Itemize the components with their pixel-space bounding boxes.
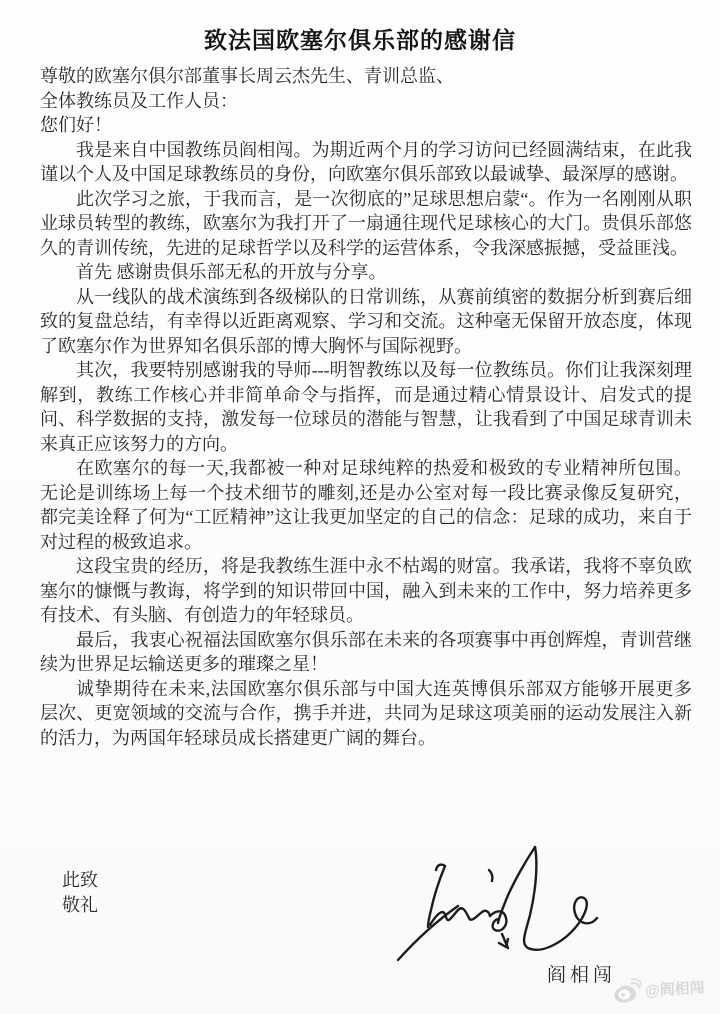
letter-page: 致法国欧塞尔俱乐部的感谢信 尊敬的欧塞尔俱尔部董事长周云杰先生、青训总监、 全体…	[0, 0, 720, 1014]
handwritten-signature	[378, 828, 608, 968]
letter-paragraph: 诚挚期待在未来,法国欧塞尔俱乐部与中国大连英博俱乐部双方能够开展更多层次、更宽领…	[40, 677, 692, 751]
letter-title: 致法国欧塞尔俱乐部的感谢信	[0, 22, 720, 55]
salutation-line: 全体教练员及工作人员：	[40, 89, 692, 114]
letter-paragraph: 其次，我要特别感谢我的导师---明智教练以及每一位教练员。你们让我深刻理解到，教…	[40, 358, 692, 456]
letter-paragraph: 我是来自中国教练员阎相闯。为期近两个月的学习访问已经圆满结束，在此我谨以个人及中…	[40, 138, 692, 187]
closing-jingli: 敬礼	[62, 893, 98, 918]
letter-paragraph: 这段宝贵的经历，将是我教练生涯中永不枯竭的财富。我承诺，我将不辜负欧塞尔的慷慨与…	[40, 554, 692, 628]
signature-name: 阎相闯	[547, 960, 616, 987]
letter-paragraph: 此次学习之旅，于我而言，是一次彻底的”足球思想启蒙“。作为一名刚刚从职业球员转型…	[40, 187, 692, 261]
letter-paragraph: 在欧塞尔的每一天,我都被一种对足球纯粹的热爱和极致的专业精神所包围。无论是训练场…	[40, 456, 692, 554]
salutation-line: 尊敬的欧塞尔俱尔部董事长周云杰先生、青训总监、	[40, 64, 692, 89]
letter-paragraph: 从一线队的战术演练到各级梯队的日常训练，从赛前缜密的数据分析到赛后细致的复盘总结…	[40, 285, 692, 359]
letter-paragraph: 首先 感谢贵俱乐部无私的开放与分享。	[40, 260, 692, 285]
watermark-handle: @阎相闯	[644, 976, 705, 1000]
weibo-watermark: @阎相闯	[611, 974, 705, 1005]
salutation-line: 您们好！	[40, 113, 692, 138]
closing-cizhi: 此致	[62, 868, 98, 893]
letter-paragraph: 最后，我衷心祝福法国欧塞尔俱乐部在未来的各项赛事中再创辉煌，青训营继续为世界足坛…	[40, 628, 692, 677]
letter-closing: 此致 敬礼	[62, 868, 98, 918]
letter-body: 尊敬的欧塞尔俱尔部董事长周云杰先生、青训总监、 全体教练员及工作人员： 您们好！…	[40, 64, 692, 750]
weibo-icon	[611, 977, 642, 1005]
